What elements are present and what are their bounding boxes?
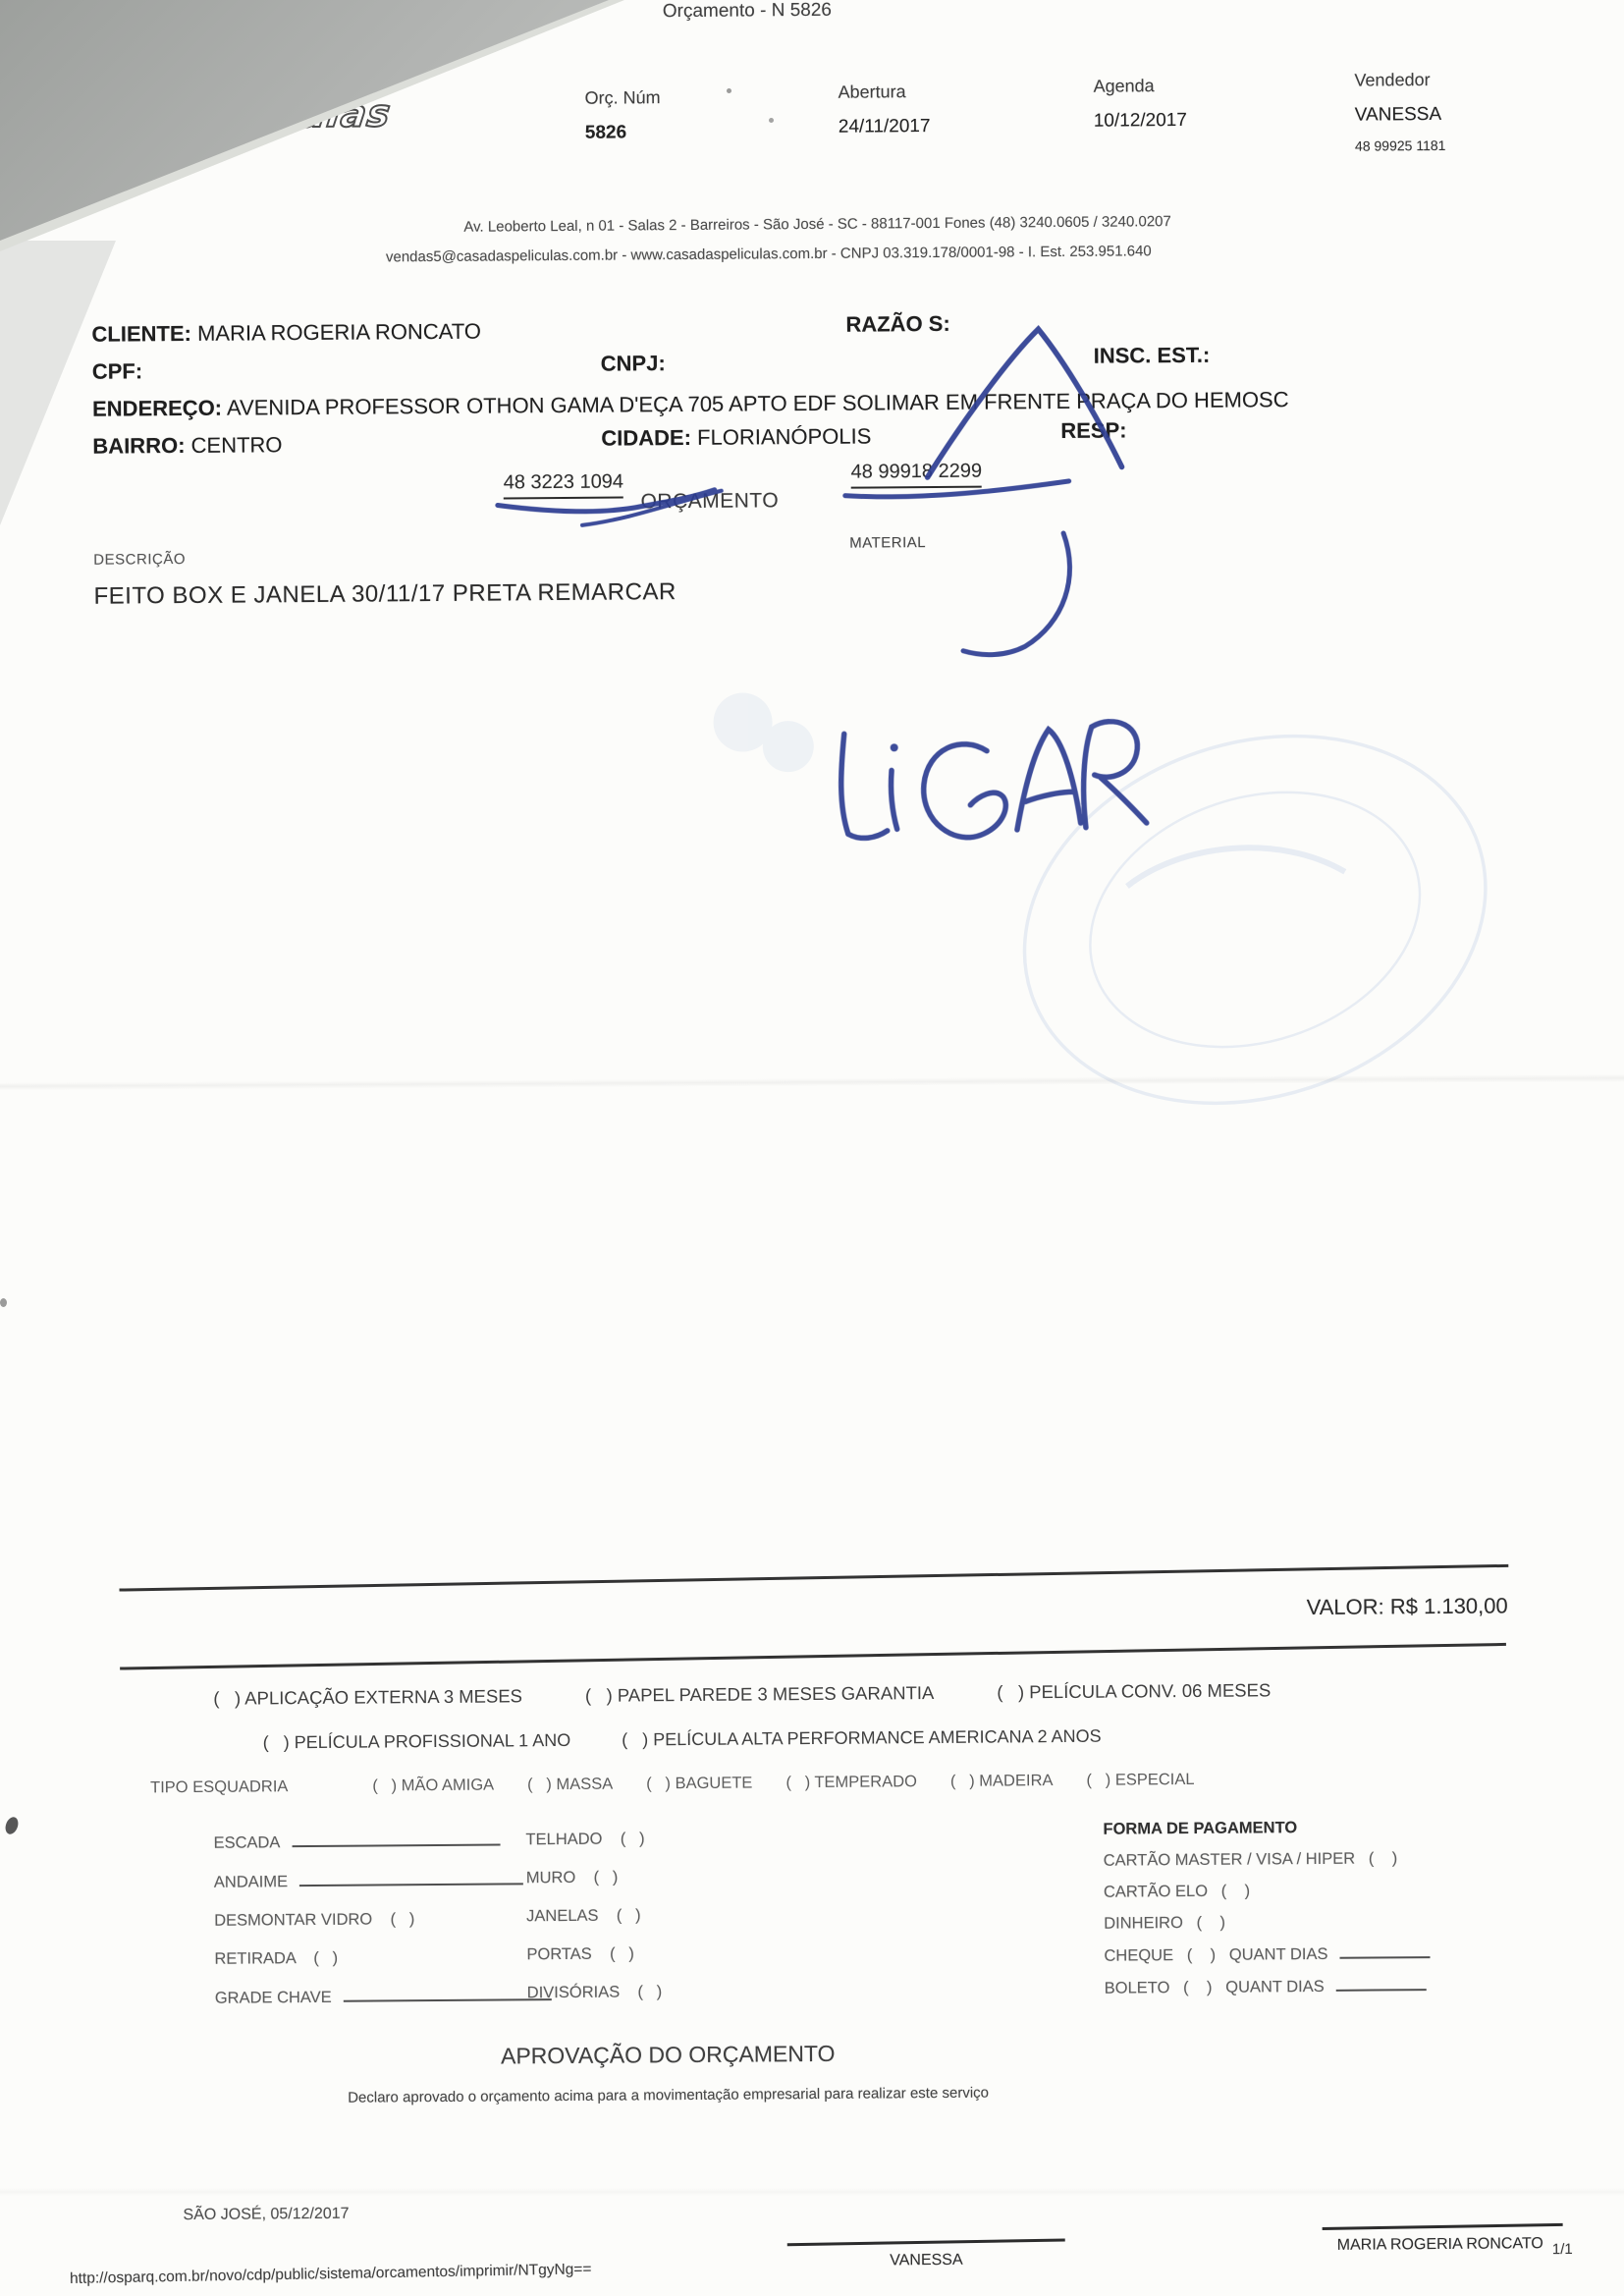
cidade-value: FLORIANÓPOLIS	[697, 424, 871, 450]
payment-option: DINHEIRO ( )	[1104, 1912, 1430, 1934]
field-abertura: Abertura 24/11/2017	[838, 82, 930, 138]
valor-top-rule	[119, 1564, 1508, 1592]
footer-url: http://osparq.com.br/novo/cdp/public/sis…	[70, 2261, 592, 2288]
field-vendedor: Vendedor VANESSA 48 99925 1181	[1354, 70, 1445, 154]
cpf-label: CPF:	[92, 358, 143, 384]
services-col2: TELHADO ( ) MURO ( ) JANELAS ( ) PORTAS …	[525, 1830, 662, 2002]
service-item: ESCADA	[213, 1831, 550, 1853]
signature-name-vendedor: VANESSA	[787, 2251, 1065, 2270]
payment-section: FORMA DE PAGAMENTO CARTÃO MASTER / VISA …	[1103, 1818, 1430, 1998]
payment-option: CARTÃO MASTER / VISA / HIPER ( )	[1104, 1849, 1430, 1871]
client-phone-2: 48 99918 2299	[851, 461, 983, 489]
blank-line	[1339, 1943, 1430, 1959]
document-content: Orçamento - N 5826 a das Películas Orç. …	[0, 0, 1624, 2296]
blank-line	[292, 1831, 500, 1848]
endereco-label: ENDEREÇO:	[92, 396, 222, 421]
orc-num-label: Orç. Núm	[585, 87, 661, 109]
cidade-row: CIDADE: FLORIANÓPOLIS	[601, 424, 871, 452]
checkbox-option: ( ) PELÍCULA CONV. 06 MESES	[997, 1679, 1271, 1703]
cliente-value: MARIA ROGERIA RONCATO	[197, 319, 481, 346]
service-label: MURO ( )	[526, 1868, 662, 1887]
company-address-line2: vendas5@casadaspeliculas.com.br - www.ca…	[121, 241, 1417, 267]
payment-option: BOLETO ( ) QUANT DIAS	[1105, 1978, 1325, 1998]
pen-arrow-hook	[962, 533, 1070, 655]
checkbox-option: ( ) PELÍCULA ALTA PERFORMANCE AMERICANA …	[622, 1726, 1102, 1751]
ink-speck	[0, 1298, 7, 1307]
payment-option-row: CHEQUE ( ) QUANT DIAS	[1104, 1943, 1430, 1966]
checkbox-option: ( ) TEMPERADO	[785, 1773, 917, 1792]
warranty-row-1: ( ) APLICAÇÃO EXTERNA 3 MESES ( ) PAPEL …	[213, 1679, 1271, 1709]
approval-title: APROVAÇÃO DO ORÇAMENTO	[7, 2037, 1328, 2074]
checkbox-option: ( ) MÃO AMIGA	[372, 1777, 494, 1796]
approval-declaration: Declaro aprovado o orçamento acima para …	[8, 2082, 1329, 2109]
stamp-mark	[974, 677, 1536, 1163]
valor-text: VALOR: R$ 1.130,00	[1307, 1593, 1508, 1620]
signature-name-cliente: MARIA ROGERIA RONCATO	[1293, 2235, 1588, 2255]
service-item: ANDAIME	[214, 1870, 551, 1892]
page-indicator: 1/1	[1552, 2241, 1573, 2258]
payment-option: CHEQUE ( ) QUANT DIAS	[1104, 1945, 1327, 1966]
service-label: DESMONTAR VIDRO ( )	[214, 1910, 414, 1931]
checkbox-option: ( ) ESPECIAL	[1086, 1771, 1194, 1790]
blank-line	[1336, 1976, 1427, 1992]
checkbox-option: ( ) MADEIRA	[950, 1772, 1054, 1791]
service-label: ESCADA	[213, 1833, 280, 1853]
handwritten-ligar	[838, 716, 1147, 845]
cidade-label: CIDADE:	[601, 425, 691, 451]
tipo-esquadria-label: TIPO ESQUADRIA	[150, 1777, 288, 1797]
service-label: JANELAS ( )	[526, 1906, 662, 1926]
checkbox-option: ( ) BAGUETE	[646, 1774, 752, 1793]
agenda-value: 10/12/2017	[1094, 110, 1187, 133]
material-label: MATERIAL	[849, 534, 926, 552]
service-label: PORTAS ( )	[526, 1944, 662, 1964]
field-orc-num: Orç. Núm 5826	[585, 87, 661, 144]
signature-line-vendedor	[787, 2239, 1065, 2246]
resp-label: RESP:	[1060, 417, 1126, 444]
bairro-row: BAIRRO: CENTRO	[92, 432, 282, 460]
checkbox-option: ( ) PELÍCULA PROFISSIONAL 1 ANO	[263, 1730, 571, 1753]
agenda-label: Agenda	[1093, 76, 1186, 97]
cliente-label: CLIENTE:	[91, 321, 191, 347]
payment-title: FORMA DE PAGAMENTO	[1103, 1818, 1429, 1839]
blank-line	[299, 1870, 523, 1886]
blank-line	[344, 1986, 552, 2002]
paper-crease	[0, 2188, 1624, 2196]
warranty-row-2: ( ) PELÍCULA PROFISSIONAL 1 ANO ( ) PELÍ…	[263, 1726, 1102, 1754]
description-text: FEITO BOX E JANELA 30/11/17 PRETA REMARC…	[93, 578, 676, 611]
vendedor-phone: 48 99925 1181	[1355, 137, 1446, 154]
vendedor-label: Vendedor	[1354, 70, 1445, 91]
service-label: TELHADO ( )	[525, 1830, 661, 1849]
ink-speck	[769, 118, 774, 123]
service-label: RETIRADA ( )	[214, 1949, 338, 1969]
bairro-label: BAIRRO:	[92, 433, 185, 459]
place-date: SÃO JOSÉ, 05/12/2017	[183, 2206, 349, 2224]
service-item: DESMONTAR VIDRO ( )	[214, 1909, 551, 1931]
checkbox-option: ( ) APLICAÇÃO EXTERNA 3 MESES	[213, 1685, 522, 1709]
descricao-label: DESCRIÇÃO	[93, 551, 186, 569]
endereco-row: ENDEREÇO: AVENIDA PROFESSOR OTHON GAMA D…	[92, 387, 1289, 422]
orc-num-value: 5826	[585, 122, 661, 144]
razao-label: RAZÃO S:	[845, 311, 950, 338]
field-agenda: Agenda 10/12/2017	[1093, 76, 1187, 133]
client-name-row: CLIENTE: MARIA ROGERIA RONCATO	[91, 319, 481, 348]
valor-bottom-rule	[120, 1643, 1506, 1670]
endereco-value: AVENIDA PROFESSOR OTHON GAMA D'EÇA 705 A…	[227, 387, 1289, 419]
insc-est-label: INSC. EST.:	[1094, 343, 1211, 369]
service-label: ANDAIME	[214, 1873, 288, 1892]
service-item: RETIRADA ( )	[214, 1947, 551, 1969]
stamp-smudges	[713, 692, 814, 773]
payment-option: CARTÃO ELO ( )	[1104, 1881, 1430, 1902]
payment-option-row: BOLETO ( ) QUANT DIAS	[1105, 1976, 1431, 1998]
bairro-value: CENTRO	[190, 432, 282, 458]
checkbox-option: ( ) PAPEL PAREDE 3 MESES GARANTIA	[585, 1682, 935, 1707]
service-label: GRADE CHAVE	[215, 1989, 332, 2008]
signature-line-cliente	[1323, 2223, 1563, 2230]
abertura-value: 24/11/2017	[839, 116, 931, 138]
abertura-label: Abertura	[838, 82, 930, 103]
checkbox-option: ( ) MASSA	[527, 1776, 613, 1795]
scanned-document-page: Orçamento - N 5826 a das Películas Orç. …	[0, 0, 1624, 2296]
cnpj-label: CNPJ:	[601, 351, 666, 377]
service-item: GRADE CHAVE	[215, 1986, 552, 2008]
orcamento-section-title: ORÇAMENTO	[0, 484, 1425, 519]
tipo-esquadria-row: TIPO ESQUADRIA ( ) MÃO AMIGA ( ) MASSA (…	[150, 1771, 1195, 1797]
services-col1: ESCADA ANDAIME DESMONTAR VIDRO ( ) RETIR…	[213, 1831, 551, 2008]
vendedor-value: VANESSA	[1355, 104, 1446, 127]
service-label: DIVISÓRIAS ( )	[527, 1983, 663, 2002]
ink-speck	[727, 88, 731, 93]
company-address-line1: Av. Leoberto Leal, n 01 - Salas 2 - Barr…	[170, 211, 1466, 238]
